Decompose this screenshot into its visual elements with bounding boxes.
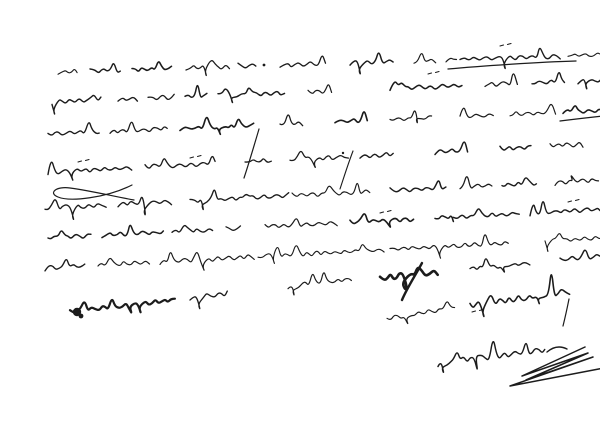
handwriting-line-4 bbox=[48, 142, 583, 180]
underlines-and-marks bbox=[54, 44, 600, 353]
letter-facsimile: Handwritten letter facsimile (scan) bbox=[40, 16, 600, 413]
signature-scrawl bbox=[438, 342, 600, 386]
handwriting-line-3 bbox=[48, 104, 600, 134]
handwriting-line-8 bbox=[70, 273, 351, 313]
handwriting-line-10 bbox=[387, 275, 570, 324]
handwriting-line-9 bbox=[380, 250, 600, 289]
handwriting-line-6 bbox=[48, 202, 600, 239]
handwriting-canvas bbox=[40, 16, 600, 413]
handwriting-line-2 bbox=[52, 72, 600, 114]
handwriting-line-1 bbox=[58, 48, 600, 75]
handwriting-line-7 bbox=[45, 234, 600, 271]
